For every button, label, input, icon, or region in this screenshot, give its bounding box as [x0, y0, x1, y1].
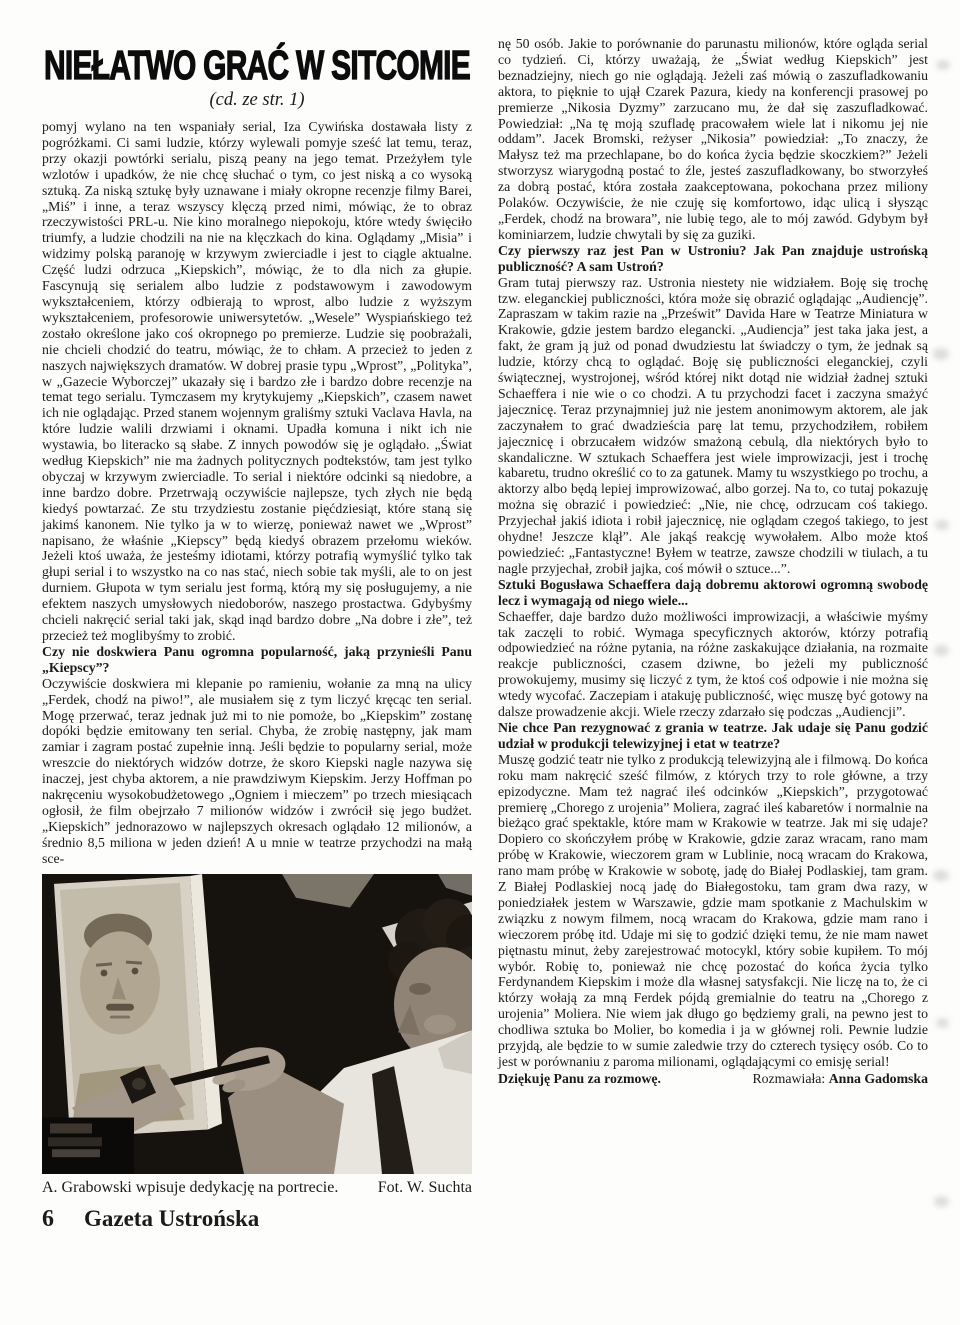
scan-artifact	[936, 60, 950, 70]
interview-answer: Gram tutaj pierwszy raz. Ustronia nieste…	[498, 275, 928, 577]
left-column: NIEŁATWO GRAĆ W SITCOMIE (cd. ze str. 1)…	[42, 36, 472, 1233]
interview-answer: Oczywiście doskwiera mi klepanie po rami…	[42, 676, 472, 867]
interview-answer: Muszę godzić teatr nie tylko z produkcją…	[498, 752, 928, 1070]
continued-from-note: (cd. ze str. 1)	[42, 90, 472, 111]
publication-name: Gazeta Ustrońska	[84, 1206, 259, 1232]
scan-artifact	[935, 520, 949, 530]
article-header: NIEŁATWO GRAĆ W SITCOMIE (cd. ze str. 1)	[42, 42, 472, 111]
closing-thanks: Dziękuję Panu za rozmowę.	[498, 1071, 661, 1087]
interview-question: Czy nie doskwiera Panu ogromna popularno…	[42, 644, 472, 676]
interview-question: Nie chce Pan rezygnować z grania w teatr…	[498, 720, 928, 752]
body-paragraph: nę 50 osób. Jakie to porównanie do parun…	[498, 36, 928, 243]
headline-svg: NIEŁATWO GRAĆ W SITCOMIE	[42, 42, 472, 88]
photo-image	[42, 874, 472, 1174]
byline-row: Dziękuję Panu za rozmowę. Rozmawiała: An…	[498, 1071, 928, 1087]
scan-artifact	[934, 1196, 949, 1207]
right-column-copy: nę 50 osób. Jakie to porównanie do parun…	[498, 36, 928, 1070]
newspaper-page: NIEŁATWO GRAĆ W SITCOMIE (cd. ze str. 1)…	[0, 0, 960, 1325]
left-column-copy: pomyj wylano na ten wspaniały serial, Iz…	[42, 119, 472, 867]
article-columns: NIEŁATWO GRAĆ W SITCOMIE (cd. ze str. 1)…	[0, 0, 960, 1233]
photo-figure: A. Grabowski wpisuje dedykację na portre…	[42, 874, 472, 1197]
right-column: nę 50 osób. Jakie to porównanie do parun…	[498, 36, 928, 1233]
scan-artifact	[933, 348, 949, 360]
byline-label: Rozmawiała:	[752, 1071, 825, 1086]
page-footer: 6 Gazeta Ustrońska	[42, 1206, 472, 1233]
interview-question: Sztuki Bogusława Schaeffera dają dobremu…	[498, 577, 928, 609]
scan-artifact	[933, 870, 949, 881]
body-paragraph: pomyj wylano na ten wspaniały serial, Iz…	[42, 119, 472, 644]
scan-artifact	[936, 1018, 949, 1028]
interview-question: Czy pierwszy raz jest Pan w Ustroniu? Ja…	[498, 243, 928, 275]
interview-answer: Schaeffer, daje bardzo dużo możliwości i…	[498, 609, 928, 720]
page-number: 6	[42, 1206, 54, 1233]
photo-credit: Fot. W. Suchta	[378, 1179, 472, 1197]
photo-caption-row: A. Grabowski wpisuje dedykację na portre…	[42, 1179, 472, 1197]
photo-caption: A. Grabowski wpisuje dedykację na portre…	[42, 1179, 338, 1197]
byline: Rozmawiała: Anna Gadomska	[752, 1071, 928, 1087]
page-title: NIEŁATWO GRAĆ W SITCOMIE	[44, 42, 470, 88]
scan-artifact	[934, 645, 949, 656]
byline-name: Anna Gadomska	[829, 1071, 928, 1086]
